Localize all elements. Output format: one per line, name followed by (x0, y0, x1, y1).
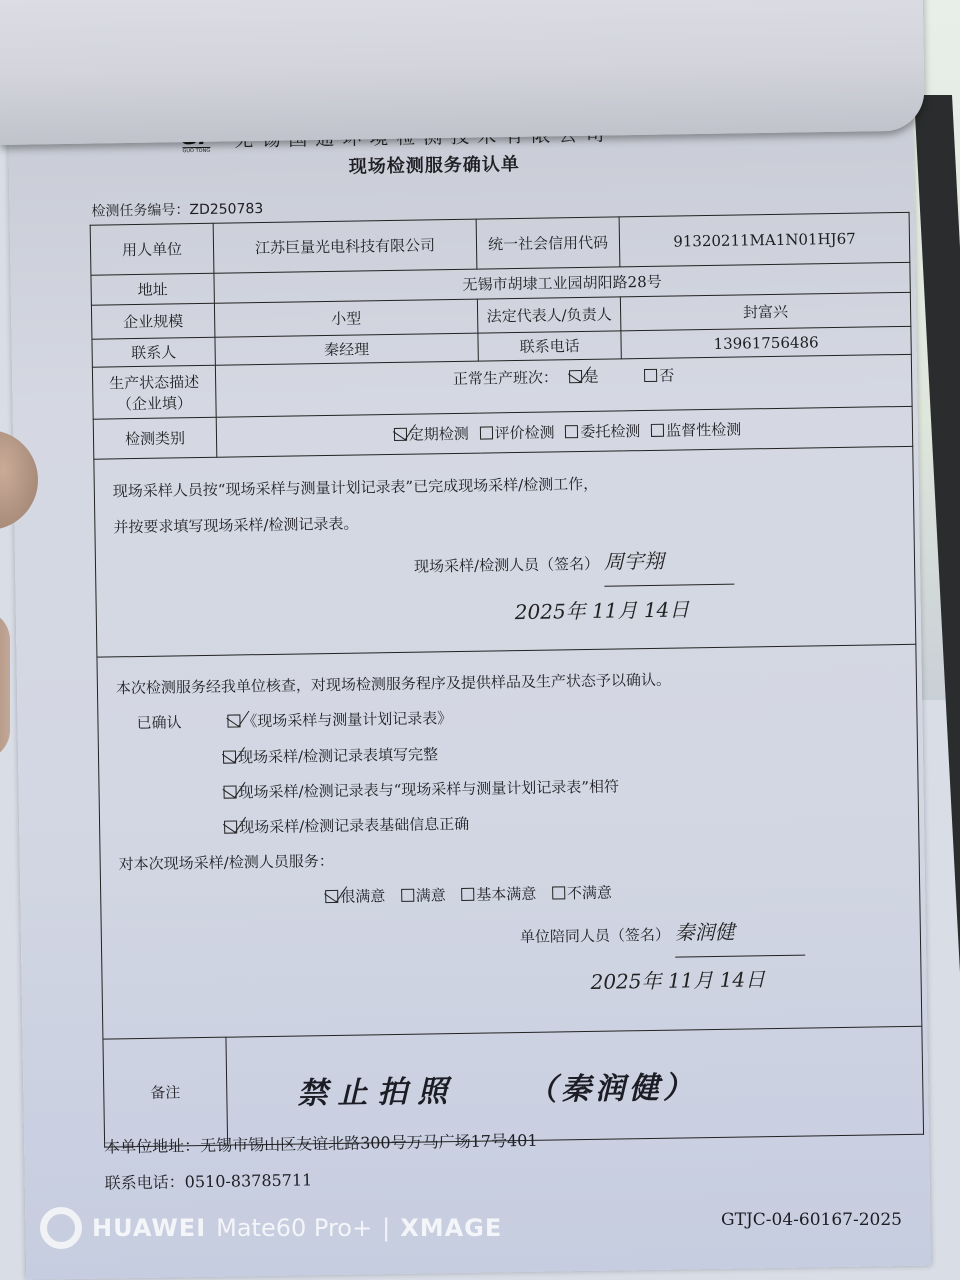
checkbox-commissioned[interactable] (565, 425, 578, 438)
legal-rep-value: 封富兴 (620, 292, 910, 331)
document-sheet: GT GUO TONG 无锡国通环境检测技术有限公司 现场检测服务确认单 检测任… (8, 106, 931, 1280)
checkbox-basic-satisfied[interactable] (461, 887, 474, 900)
checkbox-shift-yes[interactable] (569, 370, 582, 383)
legal-rep-label: 法定代表人/负责人 (477, 297, 621, 333)
form-title: 现场检测服务确认单 (349, 150, 520, 179)
camera-ring-icon (40, 1207, 82, 1249)
confirmation-form-table: 用人单位 江苏巨量光电科技有限公司 统一社会信用代码 91320211MA1N0… (90, 212, 924, 1148)
credit-code-label: 统一社会信用代码 (476, 217, 620, 269)
curled-page-above (0, 0, 925, 145)
escort-signature: 秦润健 (674, 907, 805, 957)
checkbox-evaluation[interactable] (479, 426, 492, 439)
production-status-label: 生产状态描述 （企业填） (92, 365, 216, 419)
checkbox-confirm-match[interactable] (223, 785, 236, 798)
remarks-label: 备注 (103, 1037, 228, 1147)
detection-type-label: 检测类别 (93, 417, 217, 459)
remarks-signature: （秦润健） (527, 1070, 698, 1108)
phone-label: 联系电话 (478, 331, 621, 361)
sampler-signature: 周宇翔 (603, 536, 734, 587)
checkbox-not-satisfied[interactable] (552, 886, 565, 899)
sampling-section: 现场采样人员按“现场采样与测量计划记录表”已完成现场采样/检测工作， 并按要求填… (94, 446, 916, 657)
checkbox-very-satisfied[interactable] (325, 889, 338, 902)
scale-value: 小型 (214, 299, 478, 337)
phone-value: 13961756486 (621, 326, 911, 359)
employer-label: 用人单位 (90, 223, 214, 275)
task-number: 检测任务编号：ZD250783 (91, 198, 263, 221)
remarks-value: 禁止拍照 （秦润健） (226, 1026, 924, 1145)
remarks-handwritten: 禁止拍照 (297, 1074, 458, 1112)
checkbox-shift-no[interactable] (644, 369, 657, 382)
checkbox-confirm-complete[interactable] (223, 750, 236, 763)
confirmation-section: 本次检测服务经我单位核查，对现场检测服务程序及提供样品及生产状态予以确认。 已确… (97, 644, 922, 1039)
camera-watermark: HUAWEI Mate60 Pro+ | XMAGE (40, 1207, 502, 1249)
checkbox-confirm-info[interactable] (224, 820, 237, 833)
finger-holding-page (0, 610, 10, 760)
document-code: GTJC-04-60167-2025 (721, 1210, 902, 1230)
checkbox-satisfied[interactable] (401, 888, 414, 901)
checkbox-confirm-plan[interactable] (227, 715, 240, 728)
footer-phone: 联系电话：0510-83785711 (105, 1167, 313, 1193)
address-label: 地址 (91, 273, 214, 305)
credit-code-value: 91320211MA1N01HJ67 (619, 212, 910, 267)
checkbox-supervisory[interactable] (651, 424, 664, 437)
contact-value: 秦经理 (215, 333, 478, 365)
scale-label: 企业规模 (91, 303, 215, 339)
contact-label: 联系人 (92, 337, 215, 367)
employer-value: 江苏巨量光电科技有限公司 (213, 219, 477, 273)
checkbox-periodic[interactable] (394, 428, 407, 441)
